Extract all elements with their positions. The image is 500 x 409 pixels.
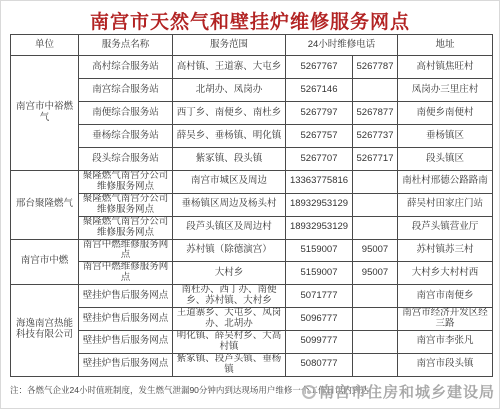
phone-secondary-cell <box>353 79 398 102</box>
header-service-range: 服务范围 <box>173 35 286 56</box>
phone-primary-cell: 13363775816 <box>286 171 353 194</box>
header-phone: 24小时维修电话 <box>286 35 398 56</box>
address-cell: 垂杨镇区 <box>398 125 493 148</box>
header-row: 单位 服务点名称 服务范围 24小时维修电话 地址 <box>11 35 493 56</box>
table-row: 壁挂炉售后服务网点明化镇、薛吴村乡、大高村镇5099777南宫市李张凡 <box>11 330 493 353</box>
address-cell: 苏村镇苏三村 <box>398 239 493 262</box>
table-row: 南便综合服务站西丁乡、南便乡、南杜乡52677975267877南便乡南便村 <box>11 102 493 125</box>
phone-secondary-cell: 5267717 <box>353 148 398 171</box>
service-points-table: 单位 服务点名称 服务范围 24小时维修电话 地址 南宫市中裕燃气高村综合服务站… <box>10 34 493 377</box>
service-range-cell: 南宫市城区及周边 <box>173 171 286 194</box>
phone-primary-cell: 5267797 <box>286 102 353 125</box>
table-row: 段头综合服务站紫冢镇、段头镇52677075267717段头镇区 <box>11 148 493 171</box>
address-cell: 高村镇焦旺村 <box>398 56 493 79</box>
service-point-cell: 南便综合服务站 <box>79 102 173 125</box>
service-point-cell: 聚隆燃气南宫分公司维修服务网点 <box>79 216 173 239</box>
service-range-cell: 西丁乡、南便乡、南杜乡 <box>173 102 286 125</box>
service-range-cell: 紫冢镇、段芦头镇、垂杨镇 <box>173 353 286 376</box>
address-cell: 南杜村邢德公路路南 <box>398 171 493 194</box>
address-cell: 南宫市经济开发区经三路 <box>398 308 493 331</box>
phone-secondary-cell: 5267737 <box>353 125 398 148</box>
address-cell: 凤岗办三里庄村 <box>398 79 493 102</box>
service-range-cell: 明化镇、薛吴村乡、大高村镇 <box>173 330 286 353</box>
service-range-cell: 王道寨乡、大屯乡、凤岗办、北胡办 <box>173 308 286 331</box>
phone-secondary-cell <box>353 193 398 216</box>
service-range-cell: 垂杨镇区周边及杨头村 <box>173 193 286 216</box>
table-row: 聚隆燃气南宫分公司维修服务网点段芦头镇区及周边村18932953129段芦头镇营… <box>11 216 493 239</box>
service-point-cell: 壁挂炉售后服务网点 <box>79 308 173 331</box>
phone-primary-cell: 5099777 <box>286 330 353 353</box>
phone-primary-cell: 5267767 <box>286 56 353 79</box>
phone-secondary-cell: 5267787 <box>353 56 398 79</box>
phone-secondary-cell: 5267877 <box>353 102 398 125</box>
phone-primary-cell: 5267707 <box>286 148 353 171</box>
service-range-cell: 紫冢镇、段头镇 <box>173 148 286 171</box>
phone-secondary-cell <box>353 353 398 376</box>
phone-secondary-cell <box>353 330 398 353</box>
header-address: 地址 <box>398 35 493 56</box>
unit-cell: 南宫市中裕燃气 <box>11 56 79 171</box>
phone-secondary-cell: 95007 <box>353 239 398 262</box>
phone-primary-cell: 18932953129 <box>286 193 353 216</box>
service-range-cell: 薛吴乡、垂杨镇、明化镇 <box>173 125 286 148</box>
table-row: 壁挂炉售后服务网点紫冢镇、段芦头镇、垂杨镇5080777南宫市段头镇 <box>11 353 493 376</box>
phone-secondary-cell <box>353 285 398 308</box>
phone-primary-cell: 5096777 <box>286 308 353 331</box>
table-row: 垂杨综合服务站薛吴乡、垂杨镇、明化镇52677575267737垂杨镇区 <box>11 125 493 148</box>
service-point-cell: 南宫中燃维修服务网点 <box>79 239 173 262</box>
phone-primary-cell: 5267146 <box>286 79 353 102</box>
address-cell: 段芦头镇营业厅 <box>398 216 493 239</box>
header-service-point: 服务点名称 <box>79 35 173 56</box>
service-range-cell: 苏村镇（除德演宫） <box>173 239 286 262</box>
address-cell: 段头镇区 <box>398 148 493 171</box>
service-range-cell: 北胡办、凤岗办 <box>173 79 286 102</box>
table-row: 南宫市中燃南宫中燃维修服务网点苏村镇（除德演宫）515900795007苏村镇苏… <box>11 239 493 262</box>
phone-secondary-cell <box>353 308 398 331</box>
table-row: 壁挂炉售后服务网点王道寨乡、大屯乡、凤岗办、北胡办5096777南宫市经济开发区… <box>11 308 493 331</box>
address-cell: 南便乡南便村 <box>398 102 493 125</box>
bureau-seal-icon <box>302 385 316 399</box>
phone-secondary-cell: 95007 <box>353 262 398 285</box>
service-point-cell: 聚隆燃气南宫分公司维修服务网点 <box>79 193 173 216</box>
service-point-cell: 高村综合服务站 <box>79 56 173 79</box>
table-row: 海逸南宫热能科技有限公司壁挂炉售后服务网点南杜办、西丁办、南便乡、苏村镇、大村乡… <box>11 285 493 308</box>
service-point-cell: 壁挂炉售后服务网点 <box>79 285 173 308</box>
table-row: 聚隆燃气南宫分公司维修服务网点垂杨镇区周边及杨头村18932953129薛吴村田… <box>11 193 493 216</box>
address-cell: 南宫市南便乡 <box>398 285 493 308</box>
watermark: 南宫市住房和城乡建设局 <box>302 381 495 402</box>
table-row: 邢台聚隆燃气聚隆燃气南宫分公司维修服务网点南宫市城区及周边13363775816… <box>11 171 493 194</box>
service-point-cell: 壁挂炉售后服务网点 <box>79 353 173 376</box>
phone-secondary-cell <box>353 171 398 194</box>
page: 南宫市天然气和壁挂炉维修服务网点 单位 服务点名称 服务范围 24小时维修电话 … <box>0 0 500 409</box>
service-range-cell: 南杜办、西丁办、南便乡、苏村镇、大村乡 <box>173 285 286 308</box>
service-range-cell: 段芦头镇区及周边村 <box>173 216 286 239</box>
table-row: 南宫综合服务站北胡办、凤岗办5267146凤岗办三里庄村 <box>11 79 493 102</box>
service-range-cell: 高村镇、王道寨、大屯乡 <box>173 56 286 79</box>
phone-primary-cell: 5071777 <box>286 285 353 308</box>
phone-secondary-cell <box>353 216 398 239</box>
phone-primary-cell: 5159007 <box>286 239 353 262</box>
service-point-cell: 壁挂炉售后服务网点 <box>79 330 173 353</box>
table-row: 南宫中燃维修服务网点大村乡515900795007大村乡大村村西 <box>11 262 493 285</box>
address-cell: 南宫市段头镇 <box>398 353 493 376</box>
address-cell: 南宫市李张凡 <box>398 330 493 353</box>
service-point-cell: 南宫综合服务站 <box>79 79 173 102</box>
header-unit: 单位 <box>11 35 79 56</box>
phone-primary-cell: 5080777 <box>286 353 353 376</box>
unit-cell: 邢台聚隆燃气 <box>11 171 79 240</box>
phone-primary-cell: 5267757 <box>286 125 353 148</box>
service-range-cell: 大村乡 <box>173 262 286 285</box>
watermark-text: 南宫市住房和城乡建设局 <box>319 381 495 402</box>
page-title: 南宫市天然气和壁挂炉维修服务网点 <box>0 7 500 34</box>
service-point-cell: 段头综合服务站 <box>79 148 173 171</box>
phone-primary-cell: 5159007 <box>286 262 353 285</box>
unit-cell: 南宫市中燃 <box>11 239 79 285</box>
table-row: 南宫市中裕燃气高村综合服务站高村镇、王道寨、大屯乡52677675267787高… <box>11 56 493 79</box>
address-cell: 大村乡大村村西 <box>398 262 493 285</box>
service-point-cell: 南宫中燃维修服务网点 <box>79 262 173 285</box>
service-point-cell: 垂杨综合服务站 <box>79 125 173 148</box>
address-cell: 薛吴村田家庄门站 <box>398 193 493 216</box>
phone-primary-cell: 18932953129 <box>286 216 353 239</box>
unit-cell: 海逸南宫热能科技有限公司 <box>11 285 79 376</box>
service-point-cell: 聚隆燃气南宫分公司维修服务网点 <box>79 171 173 194</box>
table-header: 单位 服务点名称 服务范围 24小时维修电话 地址 <box>11 35 493 56</box>
